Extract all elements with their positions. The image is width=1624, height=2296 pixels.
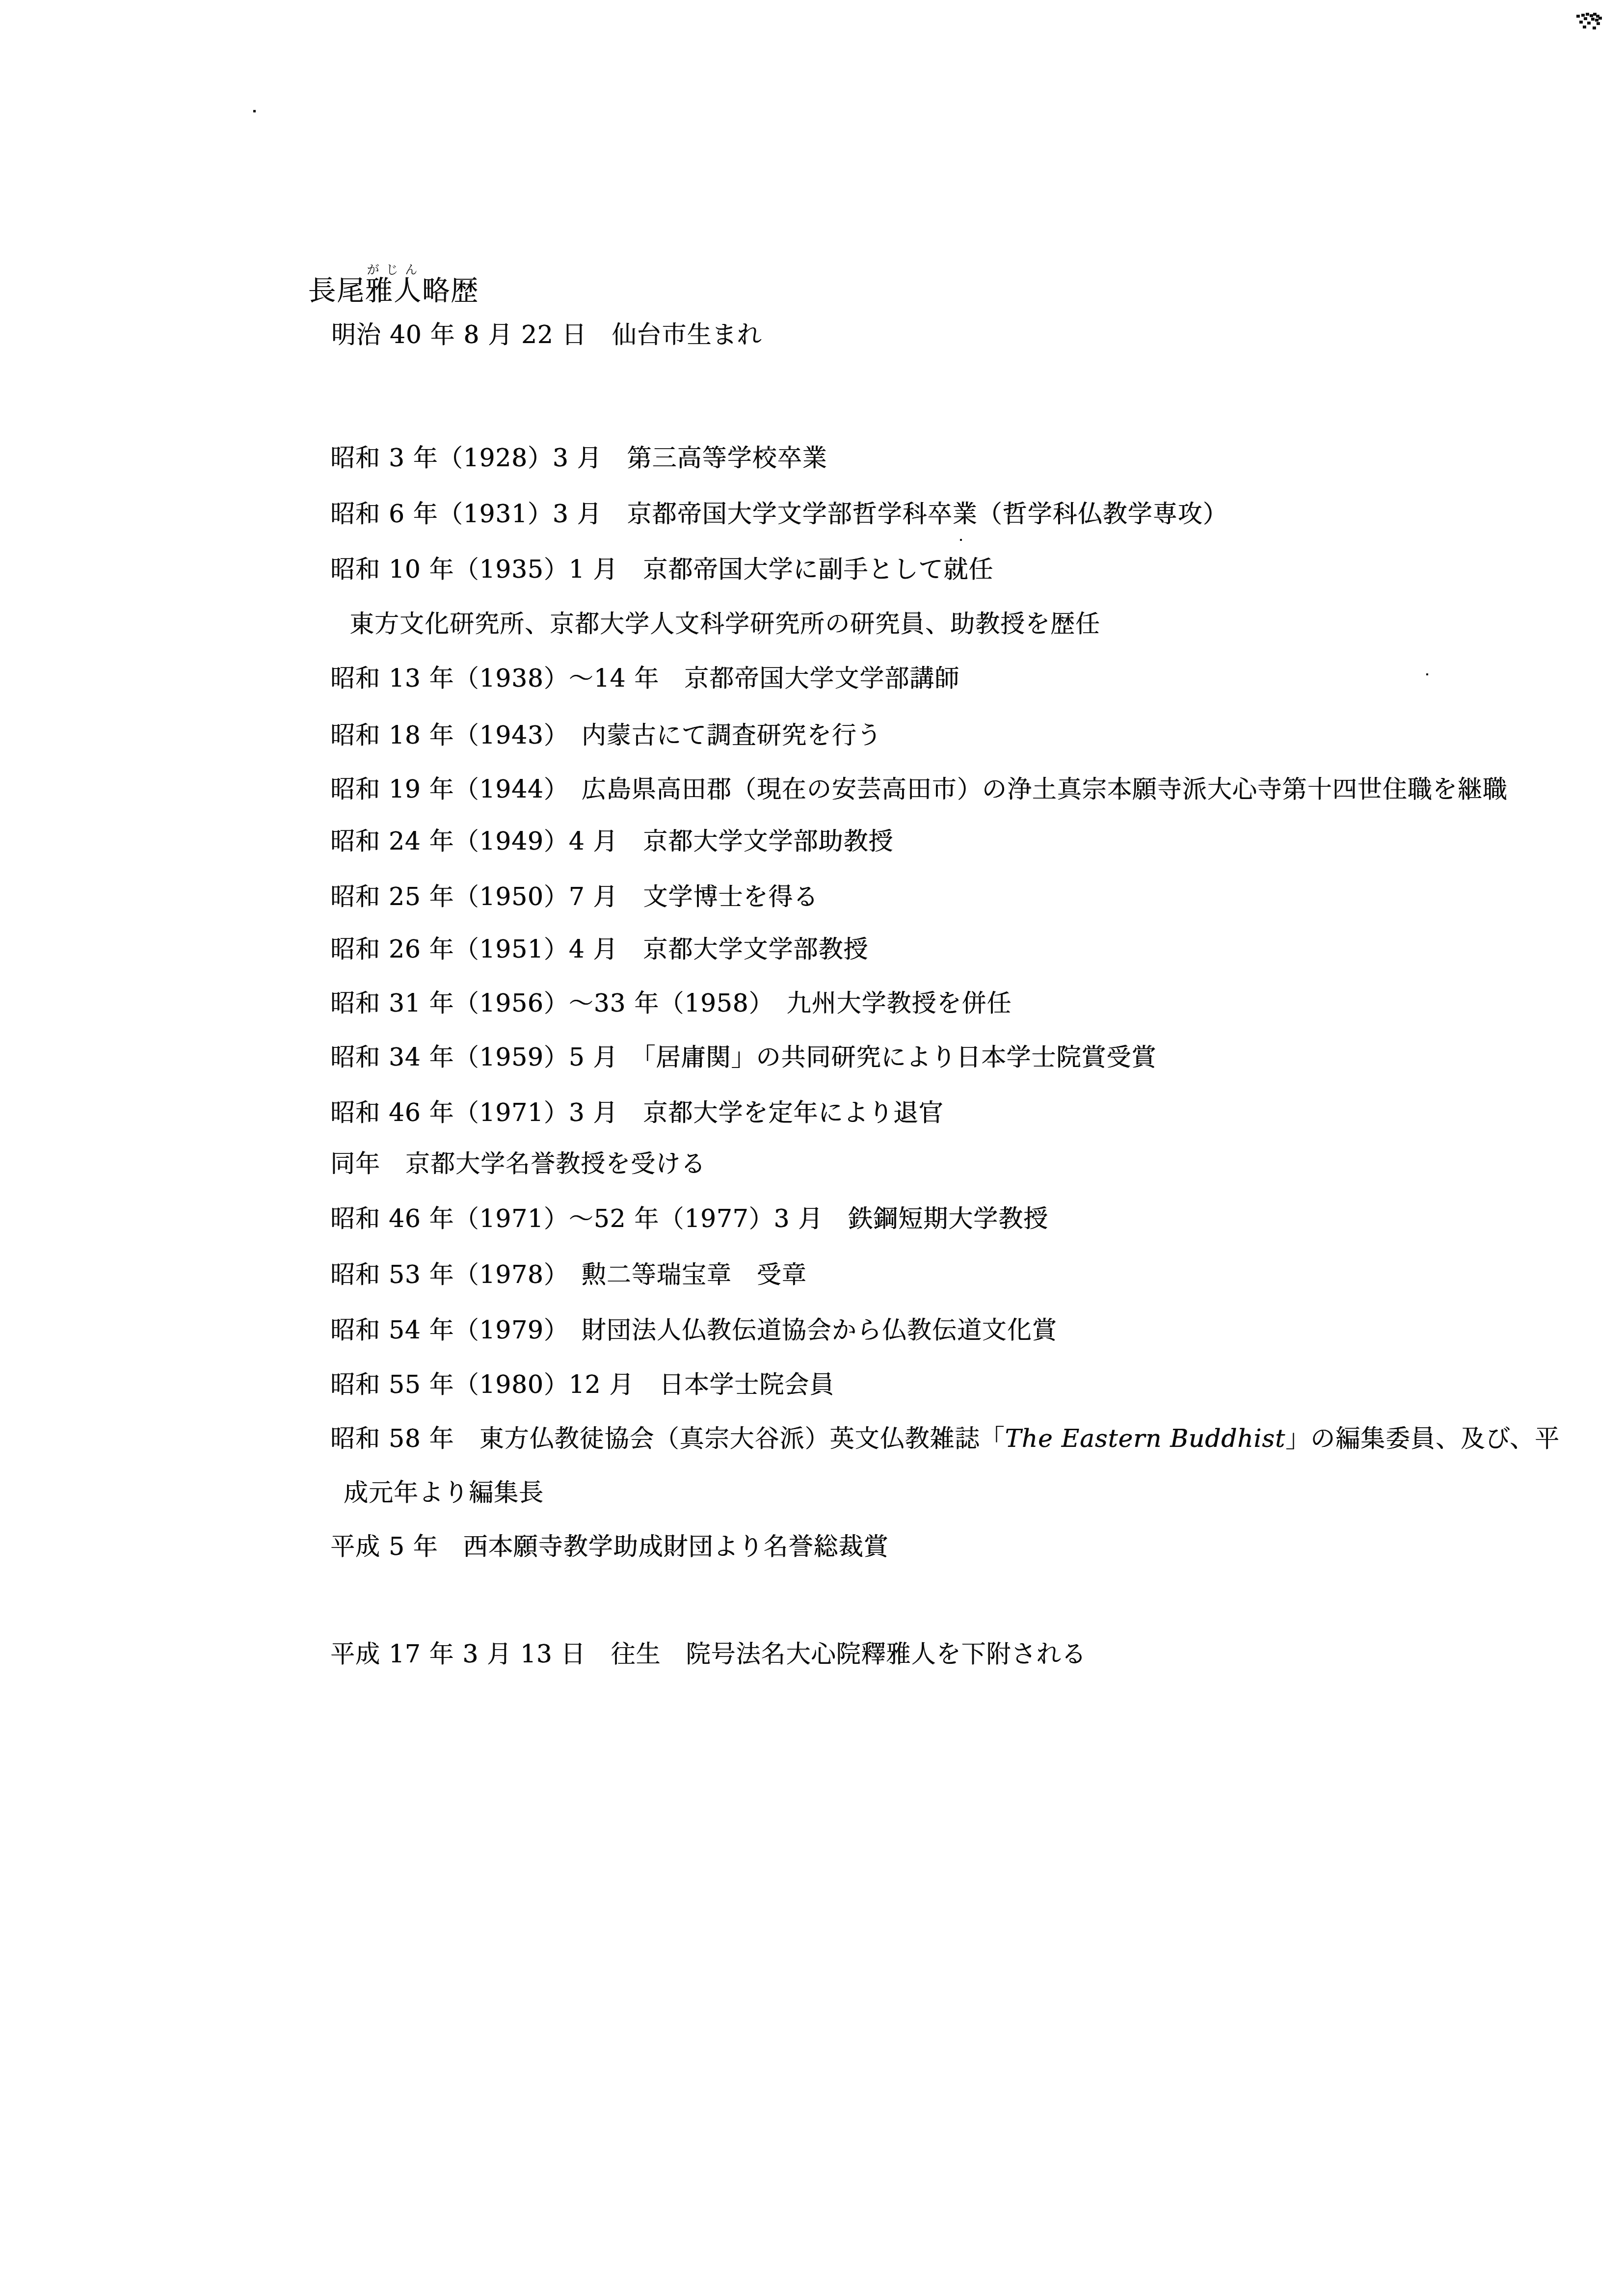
timeline-entry-1935-continuation: 東方文化研究所、京都大学人文科学研究所の研究員、助教授を歴任	[349, 610, 1100, 639]
timeline-entry-1935: 昭和 10 年（1935）1 月 京都帝国大学に副手として就任	[330, 556, 993, 584]
entry-1983-prefix: 昭和 58 年 東方仏教徒協会（真宗大谷派）英文仏教雑誌「	[330, 1424, 1005, 1453]
timeline-entry-heisei-17: 平成 17 年 3 月 13 日 往生 院号法名大心院釋雅人を下附される	[330, 1640, 1086, 1669]
birth-line: 明治 40 年 8 月 22 日 仙台市生まれ	[331, 321, 762, 349]
title-rest: 略歴	[422, 275, 479, 307]
scan-noise-blob	[1576, 15, 1580, 18]
journal-title-eastern-buddhist: The Eastern Buddhist	[1005, 1424, 1285, 1453]
timeline-entry-1983-continuation: 成元年より編集長	[344, 1479, 544, 1507]
timeline-entry-1971-retirement: 昭和 46 年（1971）3 月 京都大学を定年により退官	[330, 1099, 943, 1127]
timeline-entry-1956: 昭和 31 年（1956）～33 年（1958） 九州大学教授を併任	[330, 989, 1012, 1018]
timeline-entry-1971-1977: 昭和 46 年（1971）～52 年（1977）3 月 鉄鋼短期大学教授	[330, 1205, 1048, 1233]
timeline-entry-1938: 昭和 13 年（1938）～14 年 京都帝国大学文学部講師	[330, 665, 959, 693]
timeline-entry-same-year: 同年 京都大学名誉教授を受ける	[330, 1150, 706, 1178]
timeline-entry-1983: 昭和 58 年 東方仏教徒協会（真宗大谷派）英文仏教雑誌「The Eastern…	[330, 1425, 1560, 1453]
timeline-entry-1979: 昭和 54 年（1979） 財団法人仏教伝道協会から仏教伝道文化賞	[330, 1316, 1057, 1345]
timeline-entry-1928: 昭和 3 年（1928）3 月 第三高等学校卒業	[330, 444, 827, 473]
timeline-entry-1978: 昭和 53 年（1978） 勲二等瑞宝章 受章	[330, 1261, 807, 1289]
title-given-name: 雅人	[365, 275, 422, 307]
scan-speck	[253, 110, 256, 112]
timeline-entry-1931: 昭和 6 年（1931）3 月 京都帝国大学文学部哲学科卒業（哲学科仏教学専攻）	[330, 500, 1228, 529]
timeline-entry-1959: 昭和 34 年（1959）5 月 「居庸関」の共同研究により日本学士院賞受賞	[330, 1043, 1156, 1072]
title-given-ruby: 雅人がじん	[365, 275, 422, 307]
timeline-entry-1950: 昭和 25 年（1950）7 月 文学博士を得る	[330, 883, 818, 911]
entry-1983-suffix: 」の編集委員、及び、平	[1285, 1424, 1560, 1453]
document-title: 長尾雅人がじん略歴	[308, 263, 479, 307]
timeline-entry-1951: 昭和 26 年（1951）4 月 京都大学文学部教授	[330, 935, 868, 964]
scanned-document-page: 長尾雅人がじん略歴 明治 40 年 8 月 22 日 仙台市生まれ 昭和 3 年…	[0, 0, 1624, 2296]
timeline-entry-1944: 昭和 19 年（1944） 広島県高田郡（現在の安芸高田市）の浄土真宗本願寺派大…	[330, 775, 1508, 804]
timeline-entry-1943: 昭和 18 年（1943） 内蒙古にて調査研究を行う	[330, 721, 882, 750]
title-surname: 長尾	[308, 275, 365, 307]
timeline-entry-1949: 昭和 24 年（1949）4 月 京都大学文学部助教授	[330, 828, 893, 856]
title-furigana: がじん	[365, 263, 422, 277]
scan-speck	[960, 539, 962, 541]
scan-speck	[1426, 673, 1428, 675]
timeline-entry-1980: 昭和 55 年（1980）12 月 日本学士院会員	[330, 1371, 834, 1399]
timeline-entry-heisei-5: 平成 5 年 西本願寺教学助成財団より名誉総裁賞	[330, 1533, 889, 1561]
